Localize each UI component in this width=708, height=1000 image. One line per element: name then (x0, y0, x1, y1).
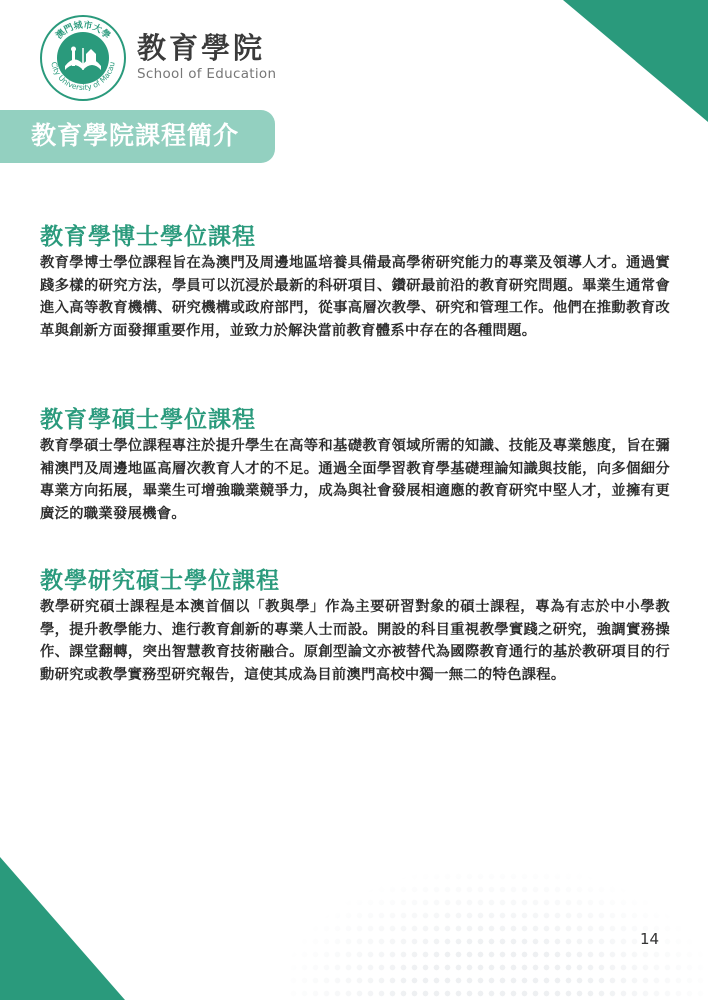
section-masters-education: 教育學碩士學位課程 教育學碩士學位課程專注於提升學生在高等和基礎教育領域所需的知… (40, 405, 670, 525)
section-body: 教育學博士學位課程旨在為澳門及周邊地區培養具備最高學術研究能力的專業及領導人才。… (40, 252, 670, 342)
bottom-left-corner-decoration (0, 857, 125, 1000)
school-name-en: School of Education (137, 66, 276, 82)
section-title: 教育學博士學位課程 (40, 222, 670, 252)
section-title: 教育學碩士學位課程 (40, 405, 670, 435)
section-body: 教學研究碩士課程是本澳首個以「教與學」作為主要研習對象的碩士課程，專為有志於中小… (40, 596, 670, 686)
page-number: 14 (640, 930, 659, 948)
page-title: 教育學院課程簡介 (31, 118, 239, 154)
section-title: 教學研究碩士學位課程 (40, 566, 670, 596)
section-masters-teaching-research: 教學研究碩士學位課程 教學研究碩士課程是本澳首個以「教與學」作為主要研習對象的碩… (40, 566, 670, 686)
section-body: 教育學碩士學位課程專注於提升學生在高等和基礎教育領域所需的知識、技能及專業態度，… (40, 435, 670, 525)
section-doctoral: 教育學博士學位課程 教育學博士學位課程旨在為澳門及周邊地區培養具備最高學術研究能… (40, 222, 670, 342)
school-name-zh: 教育學院 (137, 26, 265, 67)
university-seal-icon: 澳門城市大學 City University of Macau (39, 14, 127, 102)
top-right-corner-decoration (563, 0, 708, 122)
